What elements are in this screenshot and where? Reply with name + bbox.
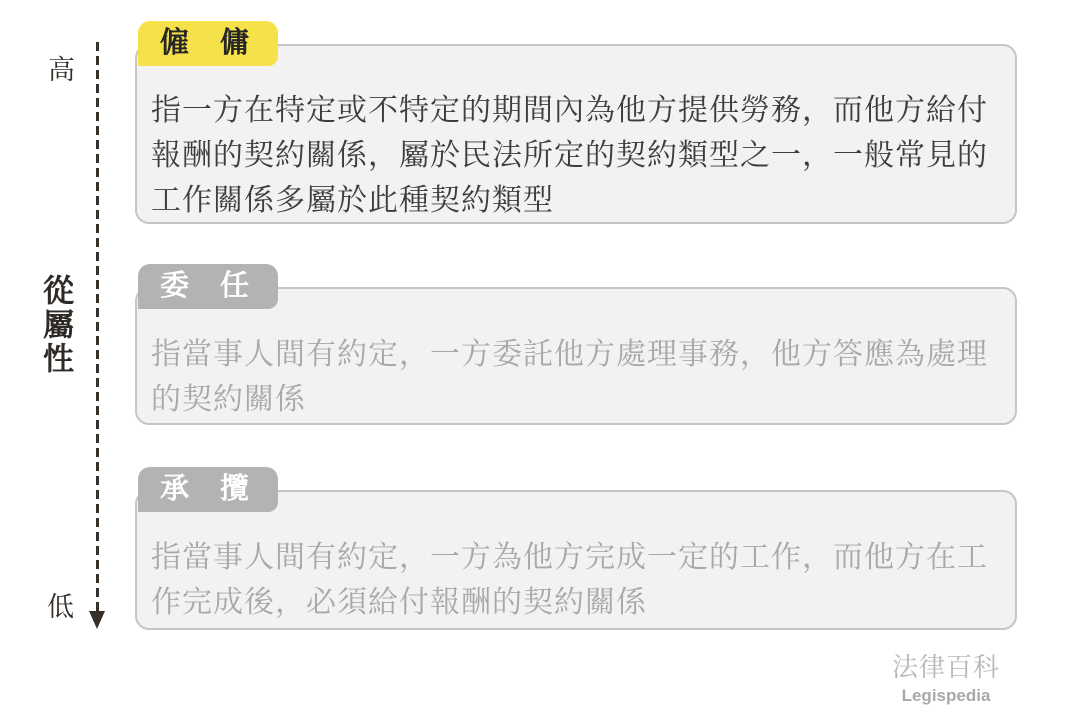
axis-dashed-line [96, 42, 99, 612]
card-mandate: 委 任 指當事人間有約定，一方委託他方處理事務，他方答應為處理 的契約關係 [135, 287, 1017, 425]
card-contract-for-work-tab: 承 攬 [138, 467, 278, 512]
card-employment-tab: 僱 傭 [138, 21, 278, 66]
axis-label-high: 高 [48, 48, 75, 87]
axis-label-subordination: 從屬性 [38, 274, 72, 376]
infographic-contract-types: 高 從屬性 低 僱 傭 指一方在特定或不特定的期間內為他方提供勞務，而他方給付 … [0, 0, 1065, 716]
brand-subtitle: Legispedia [888, 686, 1004, 706]
card-employment: 僱 傭 指一方在特定或不特定的期間內為他方提供勞務，而他方給付 報酬的契約關係，… [135, 44, 1017, 224]
card-mandate-tab: 委 任 [138, 264, 278, 309]
brand-logo: 法律百科 Legispedia [888, 647, 1004, 706]
axis-label-low: 低 [47, 585, 74, 624]
card-employment-description: 指一方在特定或不特定的期間內為他方提供勞務，而他方給付 報酬的契約關係，屬於民法… [137, 46, 1015, 223]
arrow-down-icon [89, 611, 105, 629]
brand-name: 法律百科 [888, 647, 1004, 684]
card-contract-for-work: 承 攬 指當事人間有約定，一方為他方完成一定的工作，而他方在工 作完成後，必須給… [135, 490, 1017, 630]
